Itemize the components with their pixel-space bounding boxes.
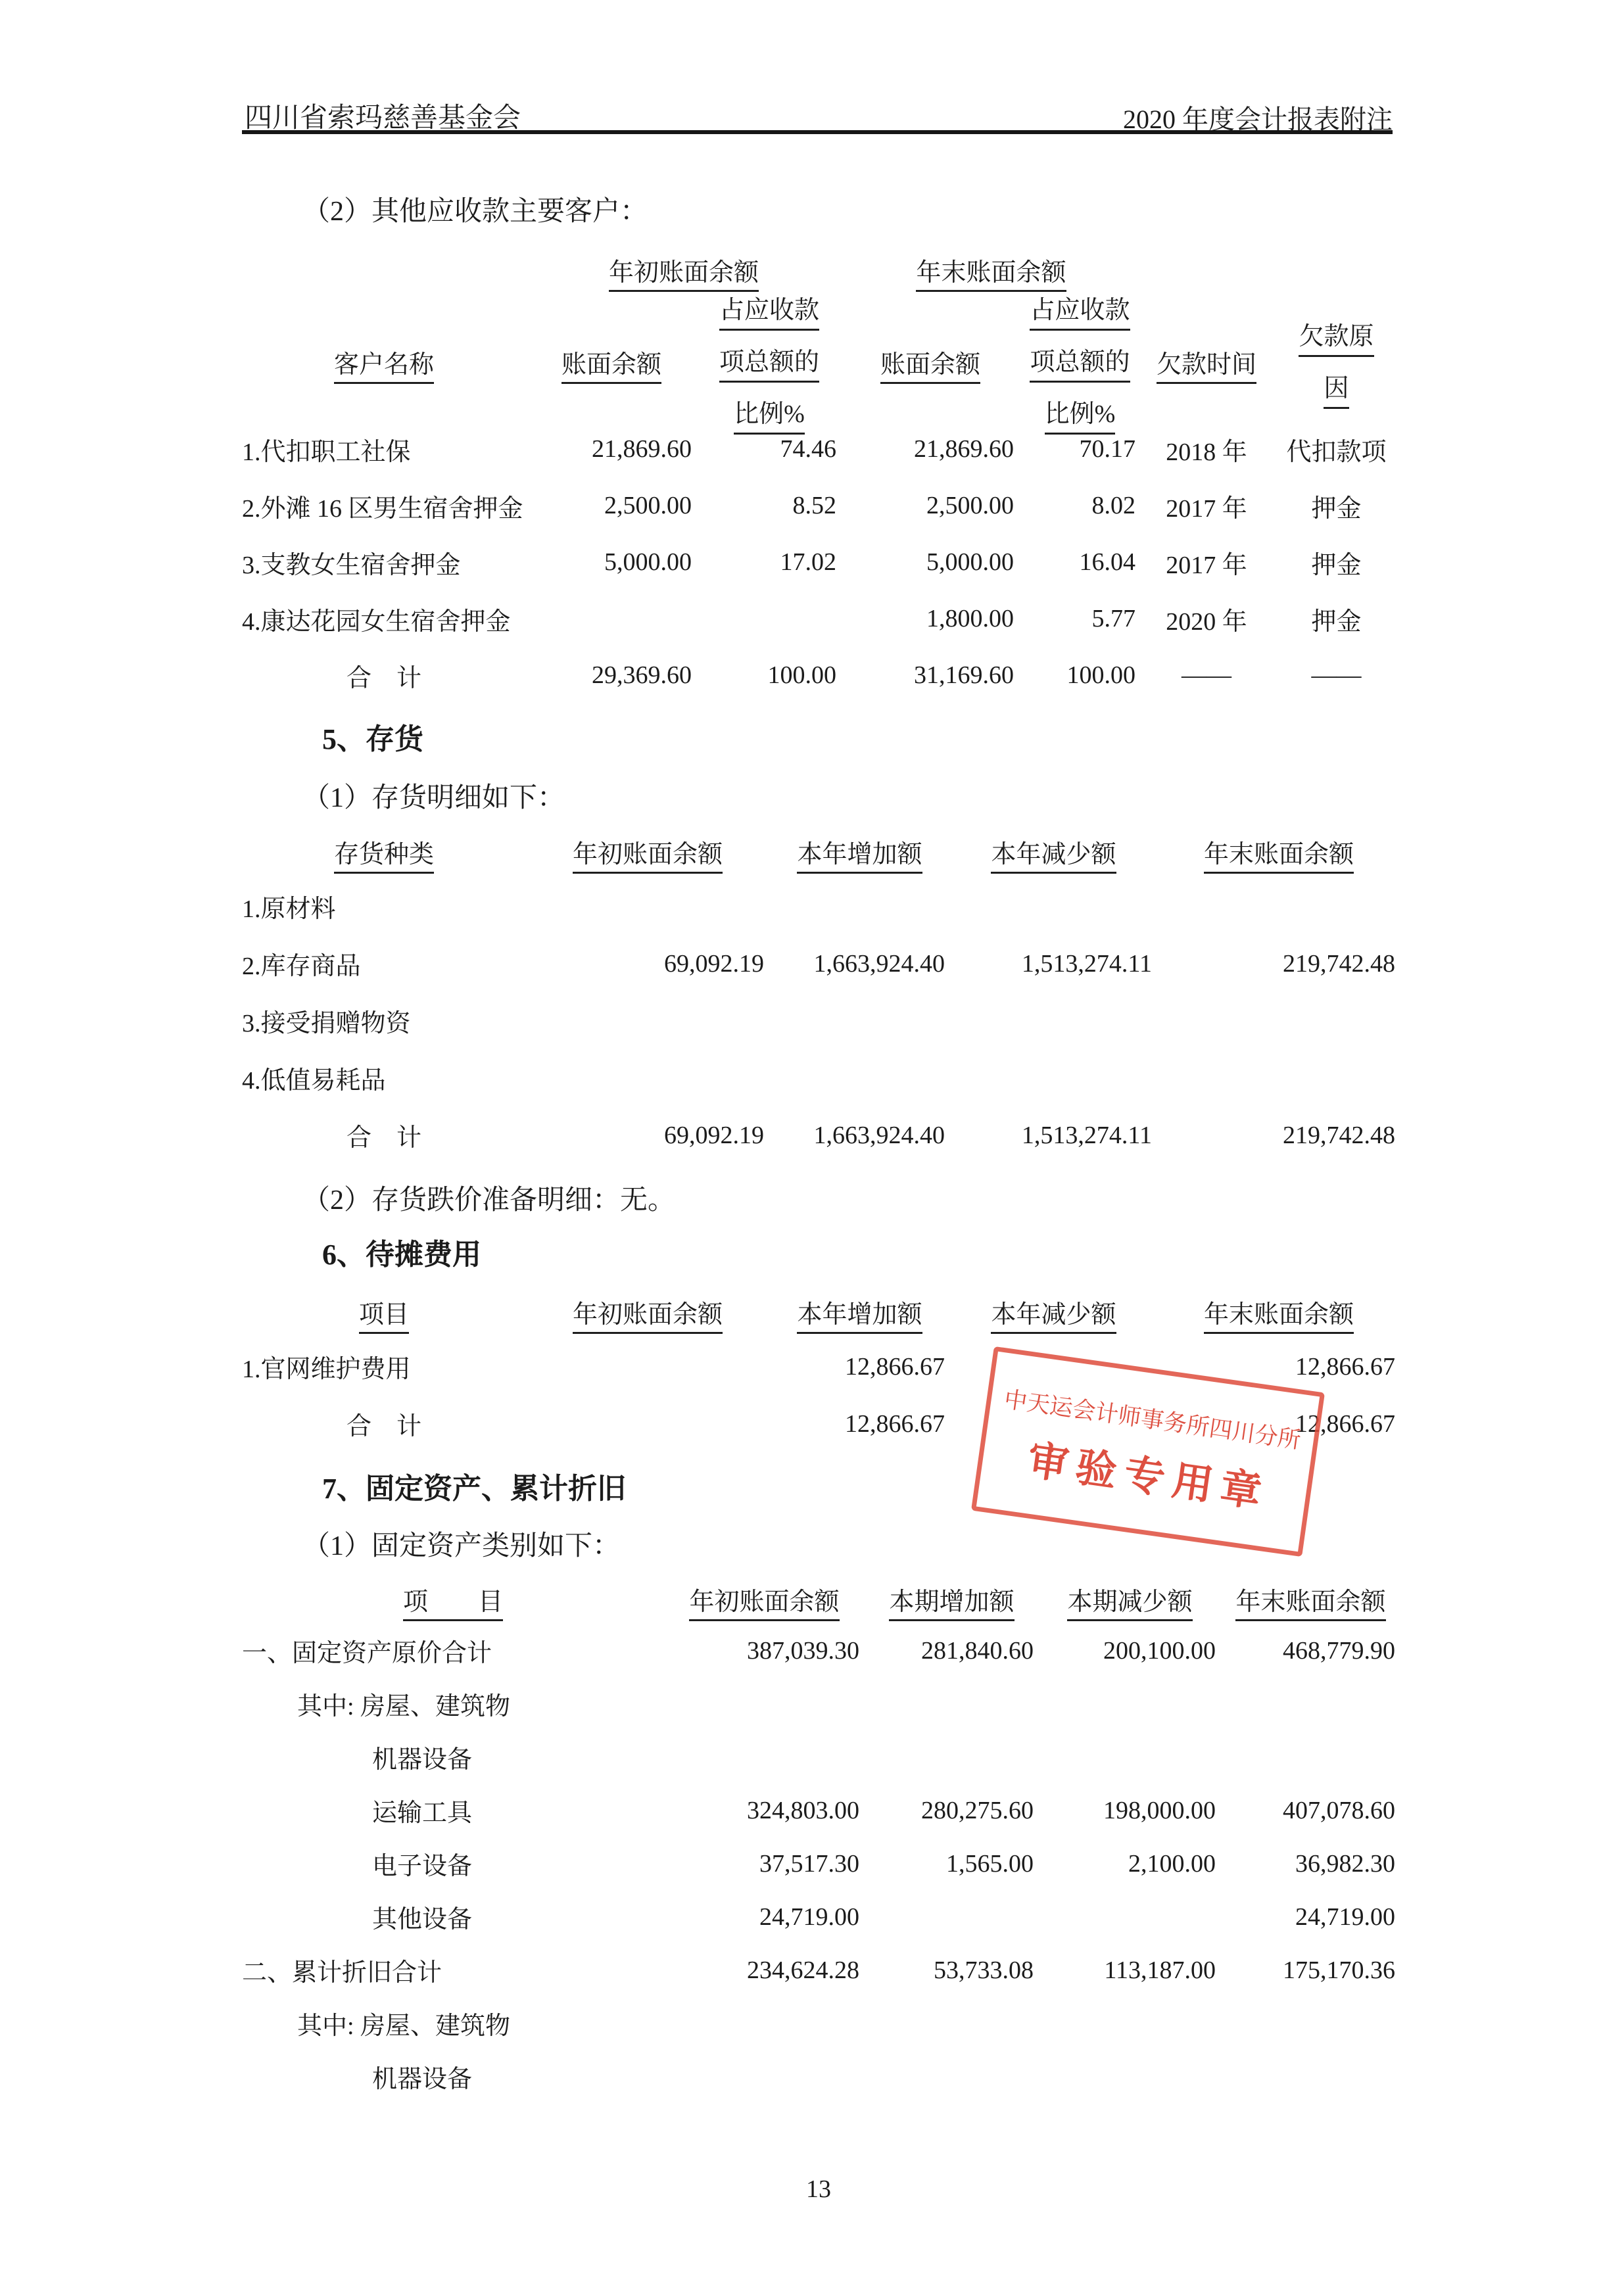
header-begin-pct-line2: 项总额的 xyxy=(719,341,819,383)
end-balance-total-cell: 219,742.48 xyxy=(1157,1121,1400,1150)
header-inventory-type: 存货种类 xyxy=(334,841,434,874)
end-balance-cell: 407,078.60 xyxy=(1221,1796,1400,1825)
end-balance-cell: 24,719.00 xyxy=(1221,1903,1400,1931)
year-increase-total-cell: 1,663,924.40 xyxy=(769,1121,950,1150)
receivables-intro: （2）其他应收款主要客户： xyxy=(302,189,648,229)
end-balance-cell: 175,170.36 xyxy=(1221,1956,1400,1985)
end-pct-cell: 16.04 xyxy=(1019,548,1141,577)
item-name-cell: 一、固定资产原价合计 xyxy=(242,1632,664,1669)
header-year-decrease-cell: 本年减少额 xyxy=(950,834,1157,870)
header-begin-balance: 年初账面余额 xyxy=(573,841,723,874)
header-period-decrease-cell: 本期减少额 xyxy=(1039,1581,1221,1617)
header-period-increase: 本期增加额 xyxy=(889,1588,1014,1621)
inventory-header-row: 存货种类 年初账面余额 本年增加额 本年减少额 年末账面余额 xyxy=(242,825,1400,878)
header-begin-balance-cell: 账面余额 xyxy=(526,344,697,380)
header-begin-balance-cell: 年初账面余额 xyxy=(526,834,769,870)
fixed-assets-header-row: 项 目 年初账面余额 本期增加额 本期减少额 年末账面余额 xyxy=(242,1575,1400,1624)
item-name-cell: 其他设备 xyxy=(242,1899,664,1935)
period-decrease-cell: 2,100.00 xyxy=(1039,1849,1221,1878)
table-row: 机器设备 xyxy=(242,2050,1400,2103)
end-pct-cell: 5.77 xyxy=(1019,604,1141,633)
table-row: 2.外滩 16 区男生宿舍押金 2,500.00 8.52 2,500.00 8… xyxy=(242,477,1400,534)
end-balance-total-cell: 31,169.60 xyxy=(842,661,1019,690)
header-period-increase-cell: 本期增加额 xyxy=(865,1581,1039,1617)
header-customer-name: 客户名称 xyxy=(334,351,434,384)
item-name-cell: 机器设备 xyxy=(242,1739,664,1775)
total-label-cell: 合 计 xyxy=(242,1406,526,1442)
header-year-increase-cell: 本年增加额 xyxy=(769,834,950,870)
item-name-cell: 2.库存商品 xyxy=(242,945,526,982)
end-balance-cell: 36,982.30 xyxy=(1221,1849,1400,1878)
total-row: 合 计 29,369.60 100.00 31,169.60 100.00 ——… xyxy=(242,647,1400,703)
begin-balance-cell: 69,092.19 xyxy=(526,949,769,978)
begin-pct-cell: 17.02 xyxy=(697,548,842,577)
header-end-pct-line3: 比例% xyxy=(1045,393,1116,435)
debt-reason-cell: 押金 xyxy=(1272,488,1400,524)
table-row: 3.接受捐赠物资 xyxy=(242,992,1400,1049)
end-balance-cell: 1,800.00 xyxy=(842,604,1019,633)
header-debt-reason-cell: 欠款原 因 xyxy=(1299,316,1373,409)
header-begin-balance: 账面余额 xyxy=(561,351,661,384)
period-decrease-cell: 113,187.00 xyxy=(1039,1956,1221,1985)
header-customer-name-cell: 客户名称 xyxy=(242,344,526,380)
header-end-balance-cell: 年末账面余额 xyxy=(1157,834,1400,870)
total-label-cell: 合 计 xyxy=(242,657,526,694)
header-end-balance-cell: 年末账面余额 xyxy=(1221,1581,1400,1617)
debt-reason-cell: 押金 xyxy=(1272,601,1400,637)
header-begin-pct-line3: 比例% xyxy=(734,393,805,435)
period-decrease-cell: 200,100.00 xyxy=(1039,1636,1221,1665)
period-increase-cell: 280,275.60 xyxy=(865,1796,1039,1825)
year-decrease-total-cell: 1,513,274.11 xyxy=(950,1121,1157,1150)
header-item: 项目 xyxy=(359,1301,409,1334)
period-increase-cell: 281,840.60 xyxy=(865,1636,1039,1665)
begin-balance-cell: 5,000.00 xyxy=(526,548,697,577)
header-begin-balance: 年初账面余额 xyxy=(573,1301,723,1334)
table-row: 1.原材料 xyxy=(242,878,1400,935)
inventory-intro: （1）存货明细如下： xyxy=(302,776,565,815)
header-begin-pct-line1: 占应收款 xyxy=(719,289,819,331)
item-name-cell: 运输工具 xyxy=(242,1792,664,1828)
header-end-balance: 账面余额 xyxy=(880,351,980,384)
item-name-cell: 其中: 房屋、建筑物 xyxy=(242,2005,664,2041)
header-end-balance: 年末账面余额 xyxy=(1235,1588,1385,1621)
header-begin-balance-cell: 年初账面余额 xyxy=(664,1581,865,1617)
org-title: 四川省索玛慈善基金会 xyxy=(245,96,521,135)
table-row: 一、固定资产原价合计 387,039.30 281,840.60 200,100… xyxy=(242,1624,1400,1677)
header-end-balance-cell: 账面余额 xyxy=(842,344,1019,380)
debt-reason-total-cell: —— xyxy=(1272,661,1400,690)
header-end-balance: 年末账面余额 xyxy=(1204,841,1354,874)
period-increase-cell: 53,733.08 xyxy=(865,1956,1039,1985)
year-increase-total-cell: 12,866.67 xyxy=(769,1409,950,1438)
begin-balance-cell: 2,500.00 xyxy=(526,491,697,520)
header-end-pct-line2: 项总额的 xyxy=(1030,341,1130,383)
begin-balance-cell: 387,039.30 xyxy=(664,1636,865,1665)
prepaid-header-row: 项目 年初账面余额 本年增加额 本年减少额 年末账面余额 xyxy=(242,1285,1400,1338)
end-balance-cell: 468,779.90 xyxy=(1221,1636,1400,1665)
inventory-table: 存货种类 年初账面余额 本年增加额 本年减少额 年末账面余额 1.原材料 2.库… xyxy=(242,825,1400,1164)
header-year-increase: 本年增加额 xyxy=(797,841,922,874)
header-debt-time: 欠款时间 xyxy=(1157,351,1256,384)
end-balance-cell: 21,869.60 xyxy=(842,435,1019,463)
receivables-group-header-row: 年初账面余额 年末账面余额 xyxy=(242,250,1400,289)
section-7-title: 7、固定资产、累计折旧 xyxy=(322,1465,626,1507)
total-label-cell: 合 计 xyxy=(242,1117,526,1153)
begin-balance-total-cell: 29,369.60 xyxy=(526,661,697,690)
end-balance-cell: 5,000.00 xyxy=(842,548,1019,577)
document-page: 四川省索玛慈善基金会 2020 年度会计报表附注 （2）其他应收款主要客户： 年… xyxy=(0,0,1624,2274)
item-name-cell: 1.原材料 xyxy=(242,888,526,924)
debt-time-cell: 2020 年 xyxy=(1141,601,1272,637)
header-debt-time-cell: 欠款时间 xyxy=(1141,344,1272,380)
debt-time-cell: 2018 年 xyxy=(1141,431,1272,467)
table-row: 其他设备 24,719.00 24,719.00 xyxy=(242,1890,1400,1943)
end-pct-total-cell: 100.00 xyxy=(1019,661,1141,690)
table-row: 4.低值易耗品 xyxy=(242,1049,1400,1106)
table-row: 3.支教女生宿舍押金 5,000.00 17.02 5,000.00 16.04… xyxy=(242,534,1400,590)
header-end-balance-cell: 年末账面余额 xyxy=(1157,1294,1400,1330)
end-balance-cell: 2,500.00 xyxy=(842,491,1019,520)
year-increase-cell: 12,866.67 xyxy=(769,1352,950,1381)
item-name-cell: 机器设备 xyxy=(242,2058,664,2095)
begin-pct-cell: 8.52 xyxy=(697,491,842,520)
fixed-assets-intro: （1）固定资产类别如下： xyxy=(302,1524,620,1563)
table-row: 机器设备 xyxy=(242,1730,1400,1784)
item-name-cell: 3.接受捐赠物资 xyxy=(242,1003,526,1039)
table-row: 4.康达花园女生宿舍押金 1,800.00 5.77 2020 年 押金 xyxy=(242,590,1400,647)
receivables-header-row: 客户名称 账面余额 占应收款 项总额的 比例% 账面余额 占应收款 项总额的 比… xyxy=(242,289,1400,421)
year-decrease-cell: 1,513,274.11 xyxy=(950,949,1157,978)
header-begin-balance: 年初账面余额 xyxy=(689,1588,839,1621)
header-year-increase: 本年增加额 xyxy=(797,1301,922,1334)
customer-name-cell: 2.外滩 16 区男生宿舍押金 xyxy=(242,488,526,524)
page-number: 13 xyxy=(243,2175,1394,2204)
table-row: 2.库存商品 69,092.19 1,663,924.40 1,513,274.… xyxy=(242,935,1400,992)
section-6-title: 6、待摊费用 xyxy=(322,1231,481,1273)
begin-balance-cell: 234,624.28 xyxy=(664,1956,865,1985)
table-row: 二、累计折旧合计 234,624.28 53,733.08 113,187.00… xyxy=(242,1943,1400,1997)
header-item: 项 目 xyxy=(403,1588,503,1621)
begin-balance-cell: 21,869.60 xyxy=(526,435,697,463)
section-5-title: 5、存货 xyxy=(322,715,423,757)
begin-balance-cell: 324,803.00 xyxy=(664,1796,865,1825)
begin-balance-total-cell: 69,092.19 xyxy=(526,1121,769,1150)
item-name-cell: 电子设备 xyxy=(242,1845,664,1882)
item-name-cell: 4.低值易耗品 xyxy=(242,1060,526,1096)
item-name-cell: 1.官网维护费用 xyxy=(242,1348,526,1385)
begin-pct-total-cell: 100.00 xyxy=(697,661,842,690)
debt-time-cell: 2017 年 xyxy=(1141,488,1272,524)
header-end-pct-cell: 占应收款 项总额的 比例% xyxy=(1030,289,1130,435)
table-row: 电子设备 37,517.30 1,565.00 2,100.00 36,982.… xyxy=(242,1837,1400,1890)
debt-reason-cell: 押金 xyxy=(1272,544,1400,580)
item-name-cell: 其中: 房屋、建筑物 xyxy=(242,1686,664,1722)
debt-reason-cell: 代扣款项 xyxy=(1272,431,1400,467)
customer-name-cell: 3.支教女生宿舍押金 xyxy=(242,544,526,580)
table-row: 其中: 房屋、建筑物 xyxy=(242,1677,1400,1730)
debt-time-cell: 2017 年 xyxy=(1141,544,1272,580)
group-header-end-cell: 年末账面余额 xyxy=(842,252,1141,288)
header-year-decrease-cell: 本年减少额 xyxy=(950,1294,1157,1330)
header-begin-balance-cell: 年初账面余额 xyxy=(526,1294,769,1330)
period-decrease-cell: 198,000.00 xyxy=(1039,1796,1221,1825)
begin-pct-cell: 74.46 xyxy=(697,435,842,463)
inventory-provision-note: （2）存货跌价准备明细：无。 xyxy=(302,1178,675,1218)
header-end-balance: 年末账面余额 xyxy=(1204,1301,1354,1334)
begin-balance-cell: 37,517.30 xyxy=(664,1849,865,1878)
customer-name-cell: 4.康达花园女生宿舍押金 xyxy=(242,601,526,637)
header-begin-pct-cell: 占应收款 项总额的 比例% xyxy=(719,289,819,435)
receivables-table: 年初账面余额 年末账面余额 客户名称 账面余额 占应收款 项总额的 比例% 账面… xyxy=(242,250,1400,703)
end-pct-cell: 70.17 xyxy=(1019,435,1141,463)
header-item-cell: 项目 xyxy=(242,1294,526,1330)
period-increase-cell: 1,565.00 xyxy=(865,1849,1039,1878)
header-debt-reason-line1: 欠款原 xyxy=(1299,316,1373,357)
year-increase-cell: 1,663,924.40 xyxy=(769,949,950,978)
header-end-pct-line1: 占应收款 xyxy=(1030,289,1130,331)
header-period-decrease: 本期减少额 xyxy=(1067,1588,1192,1621)
total-row: 合 计 69,092.19 1,663,924.40 1,513,274.11 … xyxy=(242,1106,1400,1164)
begin-balance-cell: 24,719.00 xyxy=(664,1903,865,1931)
debt-time-total-cell: —— xyxy=(1141,661,1272,690)
fixed-assets-table: 项 目 年初账面余额 本期增加额 本期减少额 年末账面余额 一、固定资产原价合计… xyxy=(242,1575,1400,2103)
header-year-decrease: 本年减少额 xyxy=(991,1301,1116,1334)
item-name-cell: 二、累计折旧合计 xyxy=(242,1952,664,1988)
group-header-begin-cell: 年初账面余额 xyxy=(526,252,842,288)
customer-name-cell: 1.代扣职工社保 xyxy=(242,431,526,467)
table-row: 1.代扣职工社保 21,869.60 74.46 21,869.60 70.17… xyxy=(242,421,1400,477)
table-row: 运输工具 324,803.00 280,275.60 198,000.00 40… xyxy=(242,1784,1400,1837)
header-inventory-type-cell: 存货种类 xyxy=(242,834,526,870)
end-balance-cell: 219,742.48 xyxy=(1157,949,1400,978)
header-year-increase-cell: 本年增加额 xyxy=(769,1294,950,1330)
header-debt-reason-line2: 因 xyxy=(1324,367,1349,409)
table-row: 其中: 房屋、建筑物 xyxy=(242,1997,1400,2050)
header-year-decrease: 本年减少额 xyxy=(991,841,1116,874)
header-item-cell: 项 目 xyxy=(242,1581,664,1617)
group-header-end: 年末账面余额 xyxy=(916,259,1066,292)
header-rule xyxy=(242,130,1393,134)
end-pct-cell: 8.02 xyxy=(1019,491,1141,520)
group-header-begin: 年初账面余额 xyxy=(609,259,759,292)
